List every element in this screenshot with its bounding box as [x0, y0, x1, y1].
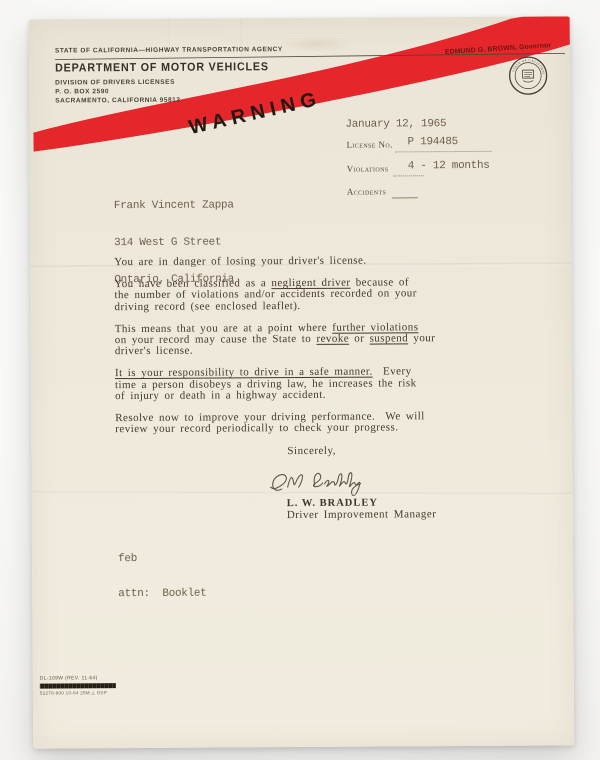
body-text-segment: of injury or death in a highway accident…	[115, 389, 326, 402]
form-number: DL-109W (REV. 11-64)	[40, 675, 98, 681]
body-text-segment: or	[349, 333, 370, 345]
license-value: P 194485	[407, 136, 457, 149]
recipient-name: Frank Vincent Zappa	[114, 200, 234, 213]
body-line: of injury or death in a highway accident…	[115, 389, 495, 403]
body-text-segment: driving record (see enclosed leaflet).	[114, 300, 300, 313]
department-title: DEPARTMENT OF MOTOR VEHICLES	[55, 61, 269, 74]
top-crease-1	[241, 18, 243, 64]
underlined-text: suspend	[370, 332, 409, 344]
print-code: 52278-900 10-64 25M △ OSP	[40, 690, 107, 696]
accidents-rule	[392, 196, 418, 198]
body-text-segment: on your record may cause the State to	[115, 333, 317, 346]
city-line: SACRAMENTO, CALIFORNIA 95812	[55, 97, 180, 105]
note-line-1: feb	[118, 554, 206, 566]
violations-value: 4 - 12 months	[408, 160, 490, 173]
date-line: January 12, 1965	[345, 118, 446, 131]
po-box-line: P. O. BOX 2590	[55, 88, 109, 95]
body-line: driving record (see enclosed leaflet).	[115, 299, 495, 313]
body-text-segment: your	[408, 332, 435, 344]
signer-title: Driver Improvement Manager	[287, 508, 437, 521]
body-line: driver's license.	[115, 344, 495, 358]
california-dmv-seal-icon: STATE OF CALIFORNIA · DMV	[508, 55, 548, 95]
typed-notes: feb attn: Booklet	[118, 531, 207, 624]
underlined-text: revoke	[316, 333, 349, 345]
body-text-segment: driver's license.	[115, 345, 193, 357]
division-line: DIVISION OF DRIVERS LICENSES	[55, 79, 175, 87]
body-text-segment: review your record periodically to check…	[115, 422, 398, 436]
letter-paper: EDMUND G. BROWN, Governor WARNING STATE …	[29, 16, 574, 748]
footer-black-bar	[40, 683, 116, 688]
violations-rule	[394, 174, 424, 176]
body-line: review your record periodically to check…	[115, 422, 495, 436]
body-paragraph: You have been classified as a negligent …	[114, 277, 494, 313]
body-paragraph: This means that you are at a point where…	[115, 322, 495, 358]
salutation: Sincerely,	[287, 445, 336, 457]
body-paragraph: It is your responsibility to drive in a …	[115, 366, 495, 402]
body-paragraph: Resolve now to improve your driving perf…	[115, 411, 495, 436]
license-label: License No.	[347, 139, 393, 149]
violations-label: Violations	[347, 163, 389, 173]
note-line-2: attn: Booklet	[118, 588, 206, 600]
signer-name: L. W. BRADLEY	[287, 498, 378, 510]
top-crease-2	[169, 19, 171, 49]
letter-body: You are in danger of losing your driver'…	[114, 255, 495, 447]
photo-backdrop: EDMUND G. BROWN, Governor WARNING STATE …	[0, 0, 600, 760]
accidents-label: Accidents	[347, 186, 386, 196]
recipient-street: 314 West G Street	[114, 236, 234, 249]
